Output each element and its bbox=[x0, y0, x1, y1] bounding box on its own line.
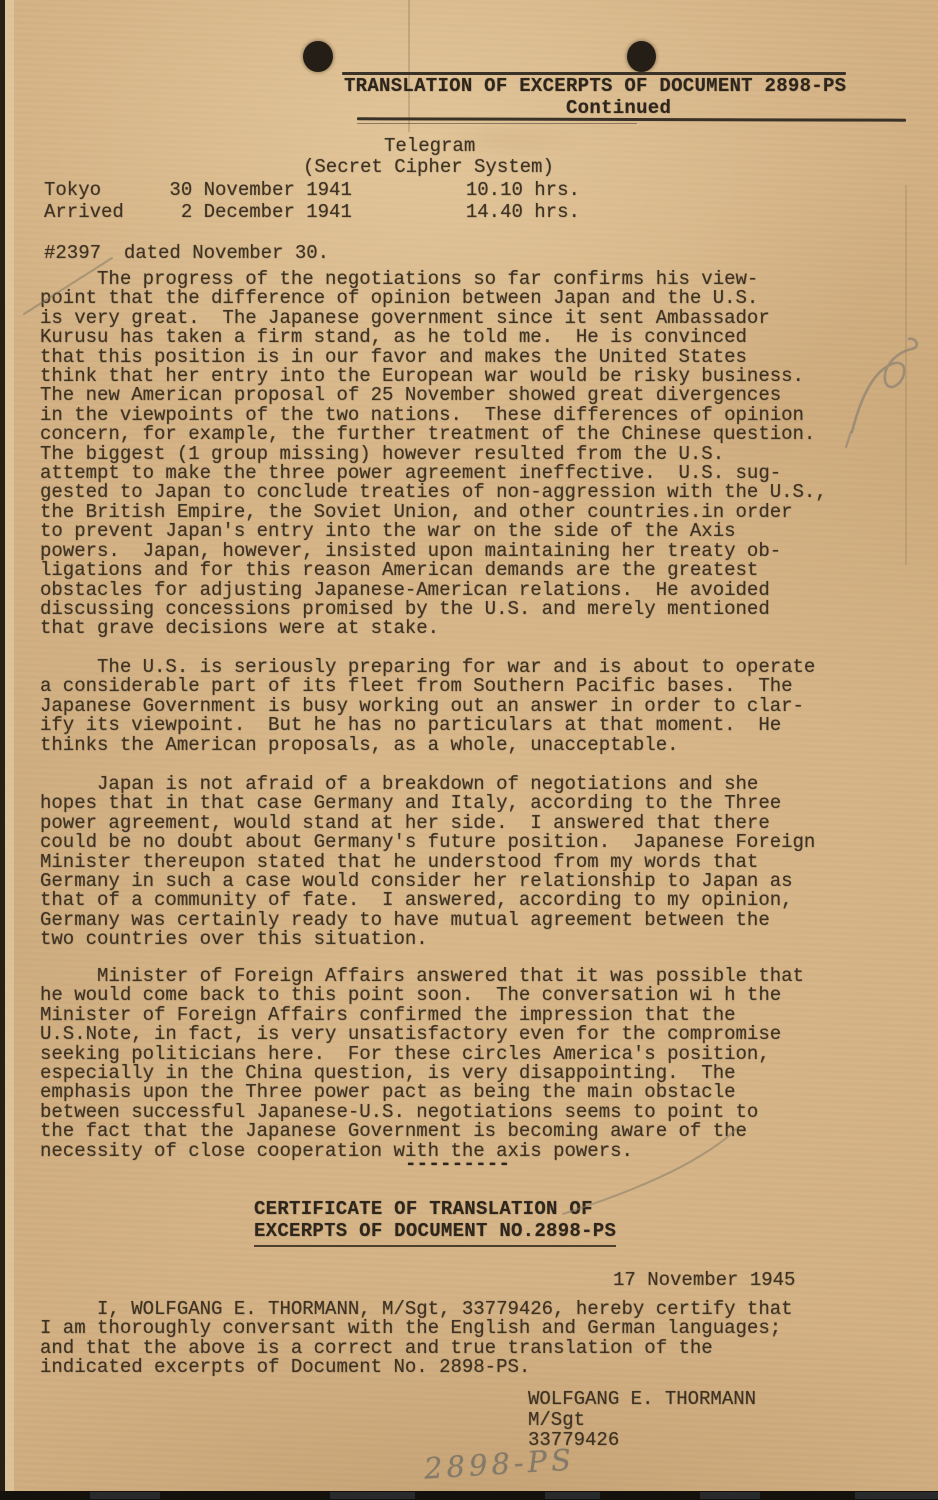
pencil-scribble bbox=[852, 339, 917, 432]
document-title: TRANSLATION OF EXCERPTS OF DOCUMENT 2898… bbox=[344, 77, 846, 96]
separator-dashes: --------- bbox=[405, 1155, 510, 1174]
header-rule-bottom-echo bbox=[357, 123, 637, 124]
film-strip-frame bbox=[545, 1492, 600, 1499]
body-paragraph-4: Minister of Foreign Affairs answered tha… bbox=[40, 967, 804, 1161]
film-strip-bottom bbox=[0, 1491, 938, 1500]
telegram-date-lines: Tokyo 30 November 1941 10.10 hrs. Arrive… bbox=[44, 180, 580, 223]
hole-punch-right bbox=[627, 41, 656, 72]
certificate-title-line1: CERTIFICATE OF TRANSLATION OF bbox=[254, 1200, 593, 1219]
scanned-document-page: TRANSLATION OF EXCERPTS OF DOCUMENT 2898… bbox=[0, 0, 938, 1500]
film-strip-frame bbox=[700, 1492, 760, 1499]
pencil-scribble-tail bbox=[846, 432, 851, 447]
certificate-date: 17 November 1945 bbox=[613, 1271, 795, 1290]
film-strip-frame bbox=[330, 1492, 415, 1499]
certificate-paragraph: I, WOLFGANG E. THORMANN, M/Sgt, 33779426… bbox=[40, 1300, 793, 1378]
signature-block: WOLFGANG E. THORMANN M/Sgt 33779426 bbox=[528, 1389, 756, 1451]
hole-punch-left bbox=[303, 41, 333, 72]
document-reference-number: #2397 dated November 30. bbox=[44, 244, 329, 263]
certificate-title-line2: EXCERPTS OF DOCUMENT NO.2898-PS bbox=[254, 1222, 616, 1247]
body-paragraph-1: The progress of the negotiations so far … bbox=[40, 270, 827, 639]
telegram-heading: Telegram bbox=[384, 137, 475, 156]
film-strip-frame bbox=[855, 1492, 938, 1499]
paper-crease-top bbox=[408, 0, 410, 132]
header-rule-bottom bbox=[357, 117, 906, 121]
cipher-system-subheading: (Secret Cipher System) bbox=[303, 158, 554, 177]
paper-crease-right bbox=[905, 185, 907, 565]
body-paragraph-3: Japan is not afraid of a breakdown of ne… bbox=[40, 775, 815, 950]
film-strip-frame bbox=[90, 1492, 160, 1499]
handwritten-doc-number: 2898-PS bbox=[423, 1442, 576, 1485]
body-paragraph-2: The U.S. is seriously preparing for war … bbox=[40, 658, 815, 755]
continued-label: Continued bbox=[566, 99, 671, 118]
paper-edge-highlight bbox=[5, 0, 14, 1500]
